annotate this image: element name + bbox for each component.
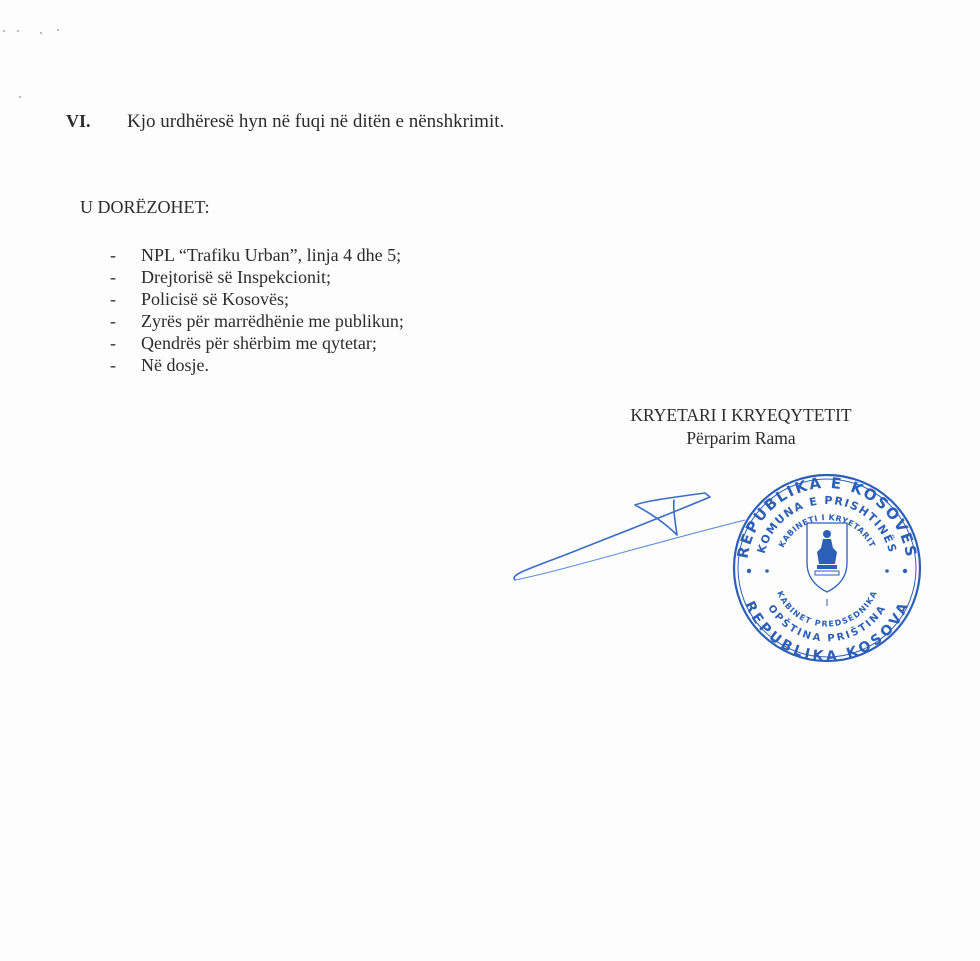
section-number: VI. xyxy=(66,111,91,132)
list-item: -Në dosje. xyxy=(110,354,404,376)
recipients-heading: U DORËZOHET: xyxy=(80,197,210,218)
scan-speck xyxy=(57,29,59,31)
list-item: -Drejtorisë së Inspekcionit; xyxy=(110,266,404,288)
scan-speck xyxy=(17,30,19,32)
list-item: -Qendrës për shërbim me qytetar; xyxy=(110,332,404,354)
recipient-text: Policisë së Kosovës; xyxy=(141,289,289,309)
handwritten-signature-icon xyxy=(505,475,745,595)
bullet-dash: - xyxy=(110,332,116,354)
bullet-dash: - xyxy=(110,266,116,288)
shield-icon xyxy=(807,523,847,592)
bullet-dash: - xyxy=(110,288,116,310)
list-item: -Policisë së Kosovës; xyxy=(110,288,404,310)
list-item: -NPL “Trafiku Urban”, linja 4 dhe 5; xyxy=(110,244,404,266)
signer-title: KRYETARI I KRYEQYTETIT xyxy=(596,405,886,426)
bullet-dash: - xyxy=(110,244,116,266)
recipients-list: -NPL “Trafiku Urban”, linja 4 dhe 5; -Dr… xyxy=(110,244,404,376)
list-item: -Zyrës për marrëdhënie me publikun; xyxy=(110,310,404,332)
scan-speck xyxy=(3,30,5,32)
recipient-text: Drejtorisë së Inspekcionit; xyxy=(141,267,331,287)
official-stamp-icon: REPUBLIKA E KOSOVËS REPUBLIKA KOSOVA KOM… xyxy=(727,468,927,663)
recipient-text: NPL “Trafiku Urban”, linja 4 dhe 5; xyxy=(141,245,401,265)
recipient-text: Në dosje. xyxy=(141,355,209,375)
signer-name: Përparim Rama xyxy=(596,428,886,449)
recipient-text: Zyrës për marrëdhënie me publikun; xyxy=(141,311,404,331)
recipient-text: Qendrës për shërbim me qytetar; xyxy=(141,333,377,353)
bullet-dash: - xyxy=(110,354,116,376)
scan-speck xyxy=(19,96,21,98)
bullet-dash: - xyxy=(110,310,116,332)
section-text: Kjo urdhëresë hyn në fuqi në ditën e nën… xyxy=(127,111,504,133)
scan-speck xyxy=(40,32,42,34)
stamp-numeral: I xyxy=(826,598,829,609)
